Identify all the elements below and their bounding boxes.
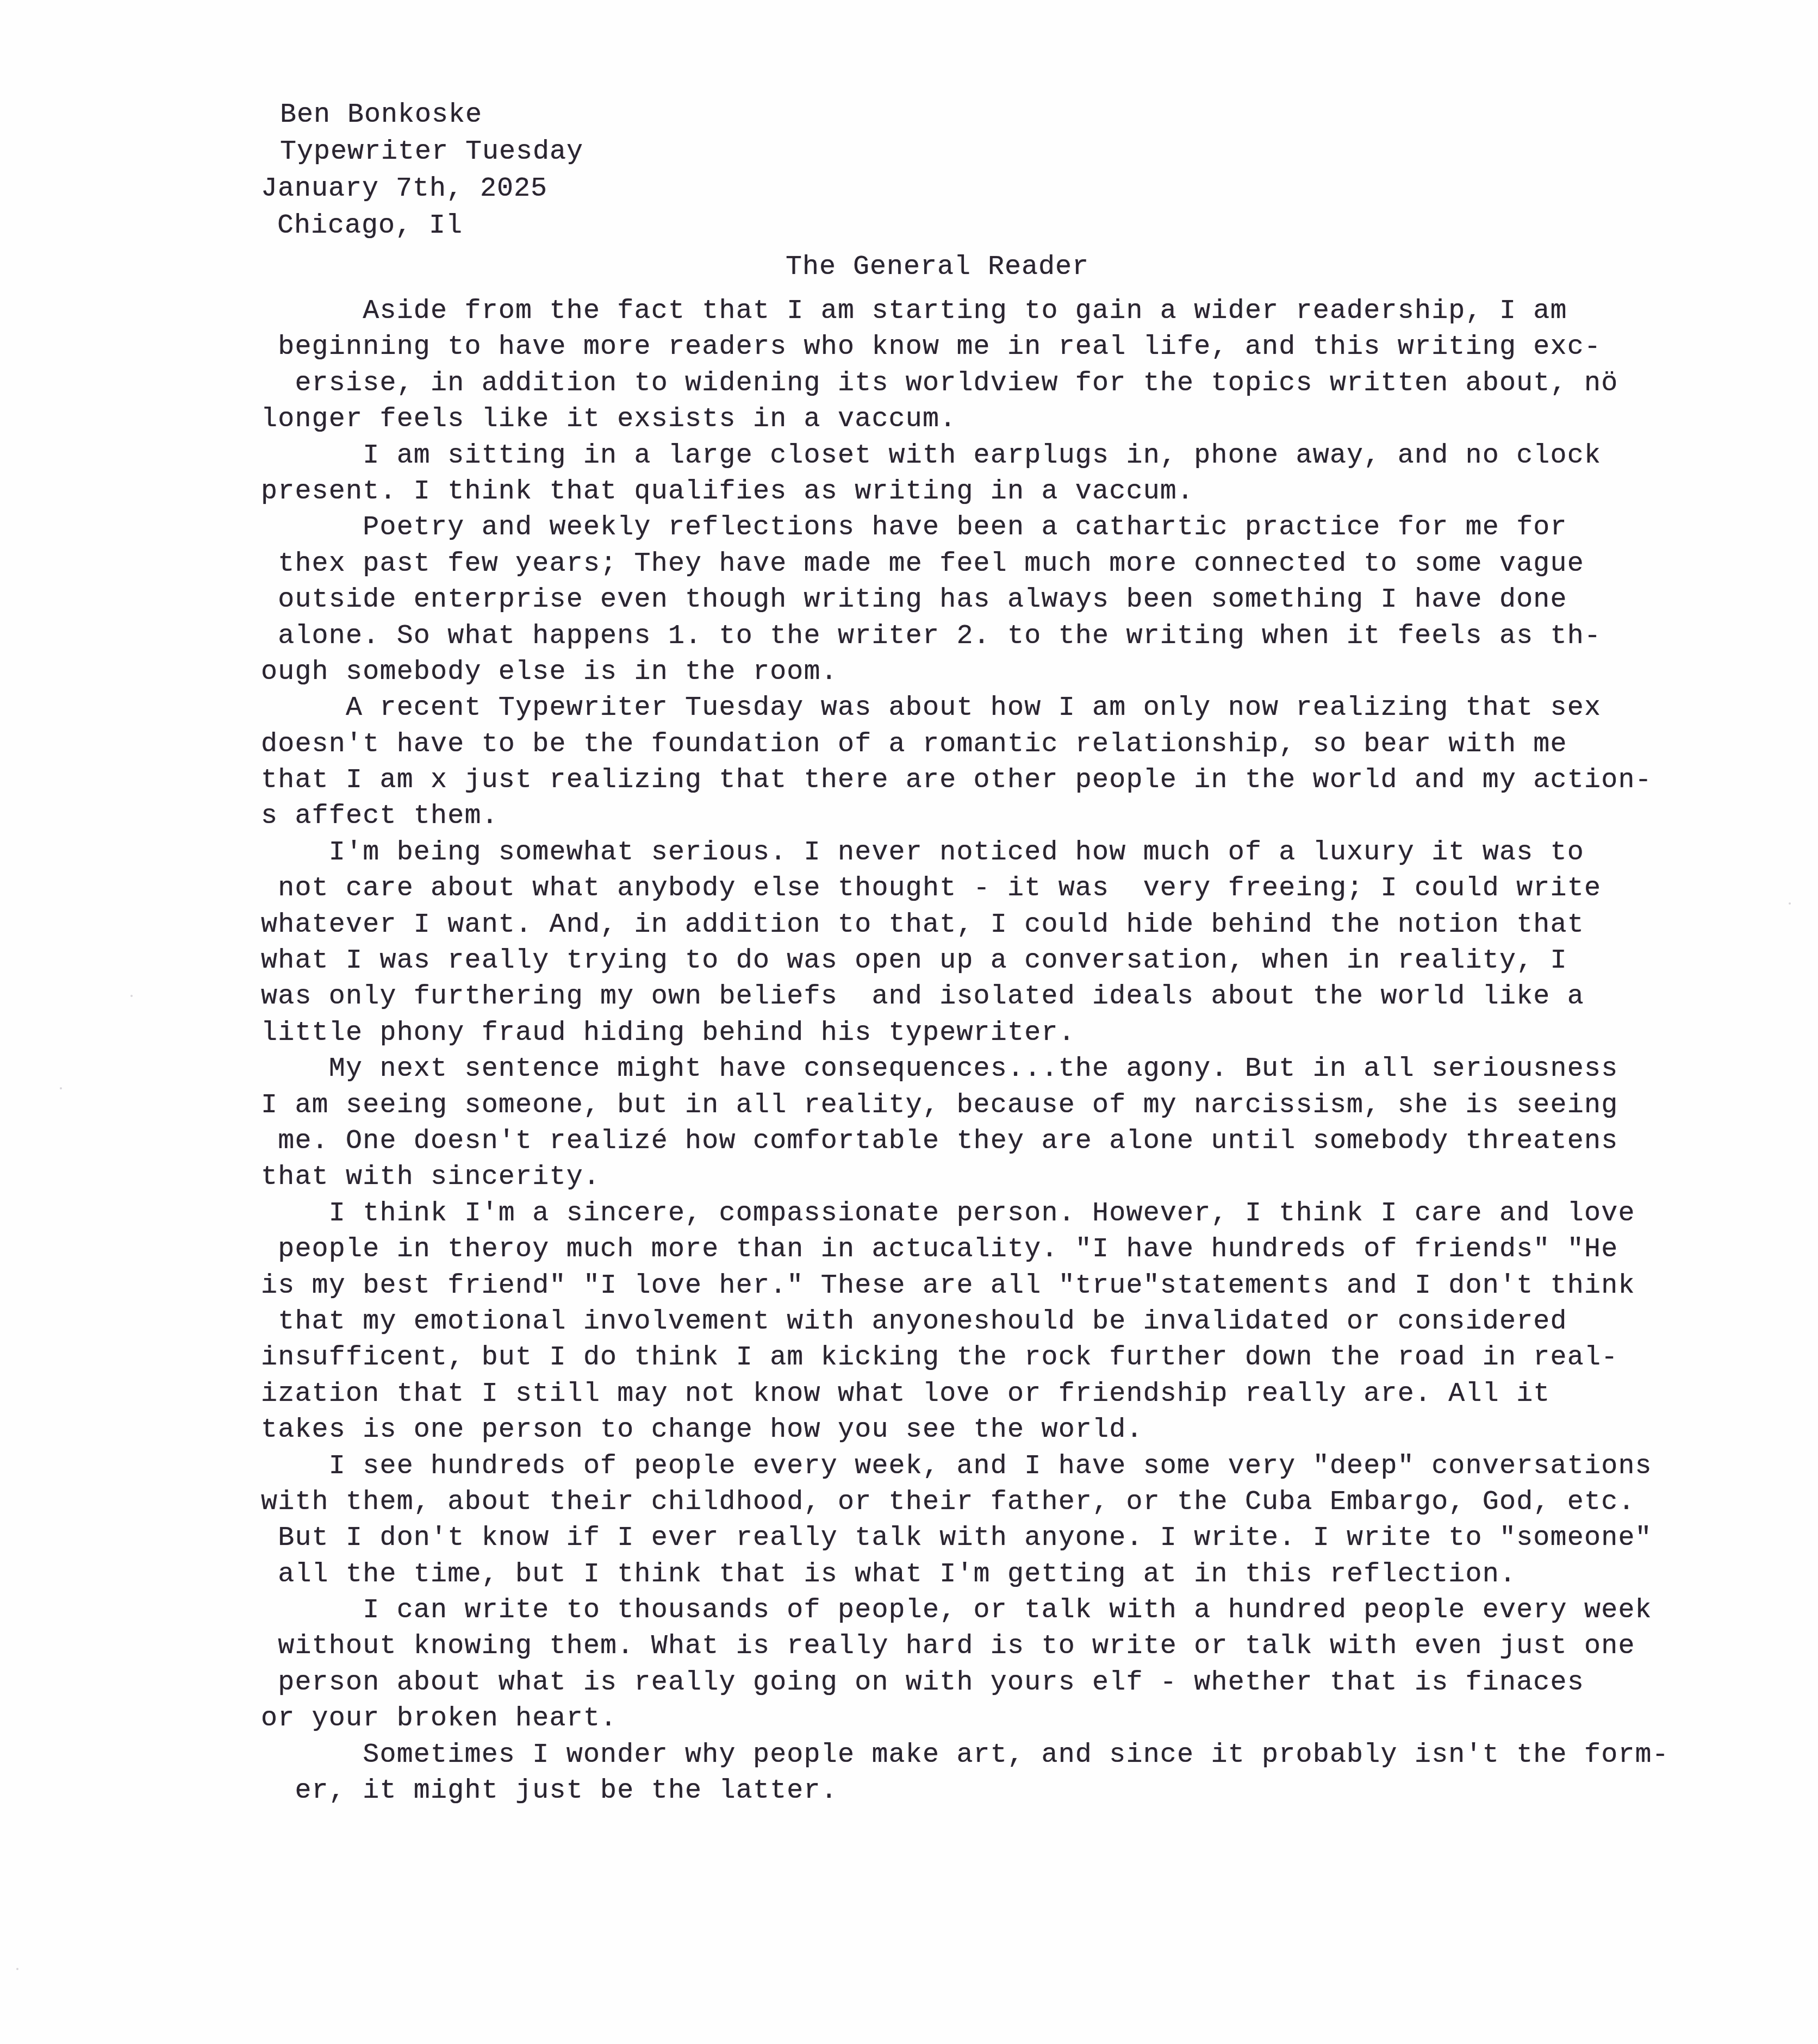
text-line: person about what is really going on wit… <box>261 1665 1761 1701</box>
text-line: A recent Typewriter Tuesday was about ho… <box>261 690 1761 726</box>
scan-speck <box>60 1087 62 1089</box>
text-line: I am seeing someone, but in all reality,… <box>261 1088 1761 1124</box>
text-line: er, it might just be the latter. <box>261 1773 1761 1809</box>
text-line: insufficent, but I do think I am kicking… <box>261 1340 1761 1376</box>
text-line: that with sincerity. <box>261 1160 1761 1195</box>
text-line: without knowing them. What is really har… <box>261 1629 1761 1665</box>
text-line: me. One doesn't realizé how comfortable … <box>261 1124 1761 1160</box>
text-line: Poetry and weekly reflections have been … <box>261 510 1761 546</box>
text-line: alone. So what happens 1. to the writer … <box>261 619 1761 655</box>
text-line: I am sitting in a large closet with earp… <box>261 438 1761 474</box>
body-text: Aside from the fact that I am starting t… <box>261 294 1761 1809</box>
text-line: people in theroy much more than in actuc… <box>261 1232 1761 1268</box>
text-line: Sometimes I wonder why people make art, … <box>261 1737 1761 1773</box>
text-line: My next sentence might have consequences… <box>261 1051 1761 1087</box>
text-line: I see hundreds of people every week, and… <box>261 1449 1761 1485</box>
text-line: ersise, in addition to widening its worl… <box>261 366 1761 402</box>
text-line: whatever I want. And, in addition to tha… <box>261 907 1761 943</box>
author-name: Ben Bonkoske <box>280 97 482 134</box>
text-line: outside enterprise even though writing h… <box>261 582 1761 618</box>
text-line: Aside from the fact that I am starting t… <box>261 294 1761 329</box>
text-line: that my emotional involvement with anyon… <box>261 1304 1761 1340</box>
text-line: little phony fraud hiding behind his typ… <box>261 1015 1761 1051</box>
text-line: was only furthering my own beliefs and i… <box>261 979 1761 1015</box>
text-line: I think I'm a sincere, compassionate per… <box>261 1196 1761 1232</box>
document-title: The General Reader <box>786 249 1089 286</box>
text-line: I can write to thousands of people, or t… <box>261 1593 1761 1629</box>
text-line: what I was really trying to do was open … <box>261 943 1761 979</box>
text-line: beginning to have more readers who know … <box>261 329 1761 365</box>
text-line: thex past few years; They have made me f… <box>261 546 1761 582</box>
scan-speck <box>1789 902 1791 905</box>
date-line: January 7th, 2025 <box>261 171 547 208</box>
text-line: is my best friend" "I love her." These a… <box>261 1268 1761 1304</box>
scan-speck <box>16 1968 18 1970</box>
text-line: not care about what anybody else thought… <box>261 871 1761 907</box>
text-line: all the time, but I think that is what I… <box>261 1557 1761 1593</box>
series-name: Typewriter Tuesday <box>280 134 583 171</box>
text-line: s affect them. <box>261 799 1761 834</box>
text-line: or your broken heart. <box>261 1701 1761 1737</box>
text-line: ization that I still may not know what l… <box>261 1376 1761 1412</box>
scan-speck <box>130 995 133 997</box>
text-line: But I don't know if I ever really talk w… <box>261 1520 1761 1556</box>
text-line: ough somebody else is in the room. <box>261 655 1761 690</box>
text-line: with them, about their childhood, or the… <box>261 1485 1761 1520</box>
location-line: Chicago, Il <box>277 208 463 245</box>
text-line: longer feels like it exsists in a vaccum… <box>261 402 1761 438</box>
text-line: doesn't have to be the foundation of a r… <box>261 727 1761 763</box>
text-line: that I am x just realizing that there ar… <box>261 763 1761 799</box>
text-line: I'm being somewhat serious. I never noti… <box>261 835 1761 871</box>
text-line: present. I think that qualifies as writi… <box>261 474 1761 510</box>
typewritten-page: Ben Bonkoske Typewriter Tuesday January … <box>0 0 1818 2044</box>
text-line: takes is one person to change how you se… <box>261 1412 1761 1448</box>
